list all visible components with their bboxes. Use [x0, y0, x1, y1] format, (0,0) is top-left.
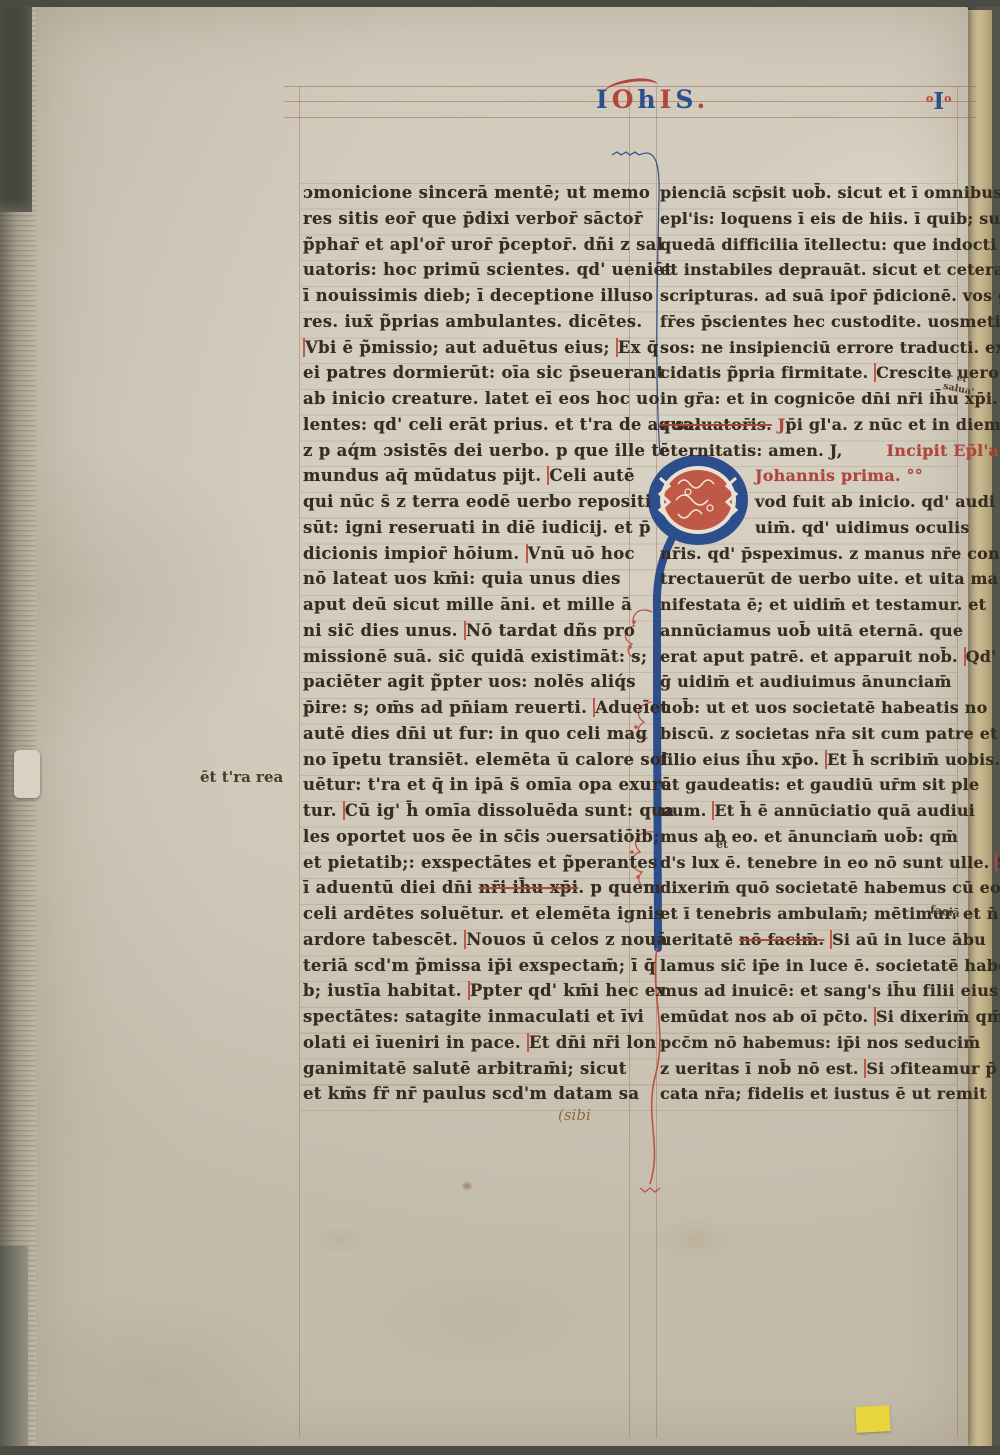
body-text: ē p̃missio; aut aduētus eius;: [337, 338, 616, 357]
body-text: Si: [874, 1007, 894, 1026]
body-text: paciēter agit p̃pter uos: nolēs aliq́s: [303, 672, 636, 691]
body-text: b; iustīa habitat.: [303, 981, 468, 1000]
text-line: z ueritas ī nob̄ nō est. Si ɔfiteamur p̄: [660, 1056, 962, 1082]
body-text: Si: [864, 1059, 884, 1078]
margin-note-left: ēt t'ra rea: [200, 768, 283, 786]
body-text: num.: [660, 801, 712, 820]
body-text: pcc̄m nō habemus: ip̄i nos seducim̄: [660, 1033, 980, 1052]
body-text: eternitatis: amen. J,: [660, 441, 843, 460]
text-line: olati ei īueniri in pace. Et dn̄i nr̄i l…: [303, 1030, 633, 1056]
interlinear-correction: et: [716, 838, 728, 851]
catchword: (sibi: [558, 1106, 591, 1124]
body-text: annūciamus uob̄ uitā eternā. que: [660, 621, 963, 640]
text-line: erat aput patrē. et apparuit nob̄. Qd': [660, 644, 962, 670]
text-line: b; iustīa habitat. Ppter qd' km̄i hec ex: [303, 978, 633, 1004]
body-text: nō lateat uos km̄i: quia unus dies: [303, 569, 621, 588]
ruling-horizontal: [284, 117, 976, 118]
text-line: ardore tabescēt. Nouos ū celos z nouā: [303, 927, 633, 953]
binding-corner-top: [0, 0, 32, 212]
text-line: annūciamus uob̄ uitā eternā. que: [660, 618, 962, 644]
text-line: filio eius ih̄u xp̄o. Et h̄ scribim̄ uob…: [660, 747, 962, 773]
body-text: teriā scd'm p̃missa ip̄i exspectam̄; ī q…: [303, 956, 656, 975]
text-line: eternitatis: amen. J,Incipit Ep̄l'a: [660, 438, 962, 464]
text-line: cata nr̄a; fidelis et iustus ē ut remit: [660, 1081, 962, 1107]
body-text: Ex q̄: [616, 338, 659, 357]
body-text: Vbi: [303, 338, 337, 357]
text-column-right: pienciā scp̄sit uob̄. sicut et ī omnibus…: [660, 180, 962, 1107]
body-text: olati ei īueniri in pace.: [303, 1033, 527, 1052]
body-text: erat aput patrē. et apparuit nob̄.: [660, 647, 964, 666]
body-text: res. iux̄ p̃prias ambulantes. dicētes.: [303, 312, 642, 331]
text-line: dixerim̄ quō societatē habemus cū eo.: [660, 875, 962, 901]
text-line: ī nouissimis dieb; ī deceptione illuso: [303, 283, 633, 309]
text-line: ganimitatē salutē arbitram̄i; sicut: [303, 1056, 633, 1082]
text-line: ei patres dormierūt: oīa sic p̄seuerant: [303, 360, 633, 386]
body-text: pienciā scp̄sit uob̄. sicut et ī omnibus: [660, 183, 1000, 202]
text-line: et ī tenebris ambulam̄; mētimur. et n̄: [660, 901, 962, 927]
body-text: ardore tabescēt.: [303, 930, 464, 949]
body-text: ī nouissimis dieb; ī deceptione illuso: [303, 286, 653, 305]
text-line: fr̄es p̄scientes hec custodite. uosmetip…: [660, 309, 962, 335]
body-text: vod fuit ab inicio. qd' audi: [755, 492, 995, 511]
body-text: Qd': [964, 647, 997, 666]
body-text: tardat dñs pro: [493, 621, 636, 640]
text-line: z p aq́m ɔsistēs dei uerbo. p que ille t…: [303, 438, 633, 464]
title-letter: h: [637, 85, 659, 114]
body-text: ab inicio creature. latet eī eos hoc uo: [303, 389, 660, 408]
title-letter: I: [596, 85, 612, 114]
body-text: ut gaudeatis: et gaudiū ur̄m sit ple: [660, 775, 979, 794]
text-line: tur. Cū ig' h̄ omīa dissoluēda sunt: qua: [303, 798, 633, 824]
body-text: Celi autē: [547, 466, 634, 485]
body-text: Vnū: [526, 544, 566, 563]
text-line: emūdat nos ab oī pc̄to. Si dixerim̄ qm̄: [660, 1004, 962, 1030]
text-line: uob̄: ut et uos societatē habeatis no: [660, 695, 962, 721]
body-text: p̃phar̄ et apl'or̄ uror̄ p̄ceptor̄. dñi …: [303, 235, 663, 254]
text-line: ī aduentū diei dn̄i nr̄i ih̄u xp̄i. p qu…: [303, 875, 633, 901]
text-line: spectātes: satagite inmaculati et īvi: [303, 1004, 633, 1030]
body-text: quedā difficilia ītellectu: que indocti: [660, 235, 997, 254]
text-line: et km̄s fr̄ nr̄ paulus scd'm datam sa: [303, 1081, 633, 1107]
body-text: emūdat nos ab oī pc̄to.: [660, 1007, 874, 1026]
yellow-sticker-note: [855, 1405, 890, 1433]
photo-edge-bottom: [0, 1446, 1000, 1455]
text-line: cidatis p̃pria firmitate. Crescite uero: [660, 360, 962, 386]
body-text: mus ad inuicē: et sang's ih̄u filii eius: [660, 981, 998, 1000]
body-text: Crescite: [874, 363, 951, 382]
body-text: res sitis eor̄ que p̄dixi verbor̄ sāctor…: [303, 209, 643, 228]
photo-edge-top: [0, 0, 1000, 7]
text-line: paciēter agit p̃pter uos: nolēs aliq́s: [303, 669, 633, 695]
body-text: biscū. z societas nr̄a sit cum patre et: [660, 724, 998, 743]
body-text: dixerim̄ quō societatē habemus cū eo.: [660, 878, 1000, 897]
text-line: sos: ne insipienciū errore traducti. ex: [660, 335, 962, 361]
body-text: Ppter: [468, 981, 522, 1000]
manuscript-photo: { "header": { "title_letters": [["I","b"…: [0, 0, 1000, 1455]
body-text: nifestata ē; et uidim̄ et testamur. et: [660, 595, 986, 614]
text-line: mundus aq̄ mūdatus pijt. Celi autē: [303, 463, 633, 489]
body-text: aū in luce ābu: [850, 930, 986, 949]
body-text: trectauerūt de uerbo uite. et uita ma: [660, 569, 998, 588]
text-line: et pietatib;: exspectātes et p̃perantes: [303, 850, 633, 876]
body-text: ig' h̄ omīa dissoluēda sunt: qua: [371, 801, 675, 820]
rubric-text: Johannis prima. °°: [755, 466, 923, 485]
text-column-left: ɔmonicione sincerā mentē; ut memores sit…: [303, 180, 633, 1107]
title-letter: O: [612, 85, 638, 114]
body-text: fr̄es p̄scientes hec custodite. uosmetip…: [660, 312, 1000, 331]
text-line: dicionis impior̄ hōium. Vnū uō hoc: [303, 541, 633, 567]
body-text: Et: [527, 1033, 550, 1052]
body-text: celi ardētes soluētur. et elemēta ignis: [303, 904, 664, 923]
body-text: sūt: igni reseruati in diē iudicij. et p…: [303, 518, 651, 537]
text-line: lentes: qd' celi erāt prius. et t'ra de …: [303, 412, 633, 438]
body-text: ei patres dormierūt: oīa sic p̄seuerant: [303, 363, 664, 382]
binding-corner-bottom: [0, 1246, 28, 1455]
title-letter: .: [697, 85, 710, 114]
text-line: epl'is: loquens ī eis de hiis. ī quib; s…: [660, 206, 962, 232]
text-line: lamus sic̄ ip̄e in luce ē. societatē hab…: [660, 953, 962, 979]
body-text: Adueīet: [593, 698, 668, 717]
text-line: mus ad inuicē: et sang's ih̄u filii eius: [660, 978, 962, 1004]
body-text: uō hoc: [565, 544, 635, 563]
text-line: vod fuit ab inicio. qd' audi: [660, 489, 962, 515]
body-text: ueritatē: [660, 930, 739, 949]
text-line: ɔmonicione sincerā mentē; ut memo: [303, 180, 633, 206]
body-text: uētur: t'ra et q̄ in ipā s̄ omīa opa exu…: [303, 775, 672, 794]
text-line: in gr̄a: et in cognicōe dn̄i nr̄i ih̄u x…: [660, 386, 962, 412]
body-text: Nouos: [464, 930, 526, 949]
body-text: dicionis impior̄ hōium.: [303, 544, 526, 563]
parchment-tab: [14, 750, 40, 798]
text-line: uatoris: hoc primū scientes. qd' ueniēt: [303, 257, 633, 283]
body-text: ganimitatē salutē arbitram̄i; sicut: [303, 1059, 627, 1078]
title-letter: o: [944, 92, 951, 105]
page-edge-lines: [0, 0, 36, 1455]
text-line: qui nūc s̄ z terra eodē uerbo repositi: [303, 489, 633, 515]
body-text: Nō: [464, 621, 493, 640]
body-text: mundus aq̄ mūdatus pijt.: [303, 466, 547, 485]
text-line: res. iux̄ p̃prias ambulantes. dicētes.: [303, 309, 633, 335]
body-text: z ueritas ī nob̄ nō est.: [660, 1059, 864, 1078]
text-line: no īpetu transiēt. elemēta ū calore sol: [303, 747, 633, 773]
body-text: spectātes: satagite inmaculati et īvi: [303, 1007, 644, 1026]
text-line: biscū. z societas nr̄a sit cum patre et: [660, 721, 962, 747]
body-text: ni sic̄ dies unus.: [303, 621, 464, 640]
body-text: missionē suā. sic̄ quidā existimāt: s;: [303, 647, 647, 666]
body-text: dn̄i nr̄i lon: [550, 1033, 657, 1052]
text-line: ut gaudeatis: et gaudiū ur̄m sit ple: [660, 772, 962, 798]
body-text: h̄ ē annūciatio quā audiui: [734, 801, 975, 820]
body-text: nr̄is. qd' p̄speximus. z manus nr̄e con: [660, 544, 1000, 563]
body-text: no īpetu transiēt. elemēta ū calore sol: [303, 750, 668, 769]
text-line: pcc̄m nō habemus: ip̄i nos seducim̄: [660, 1030, 962, 1056]
body-text: et instabiles deprauāt. sicut et ceteras: [660, 260, 1000, 279]
text-line: z saluator̄is. Jp̄i gl'a. z nūc et in di…: [660, 412, 962, 438]
title-letter: I: [933, 88, 944, 115]
text-line: celi ardētes soluētur. et elemēta ignis: [303, 901, 633, 927]
text-line: les oportet uos ēe in sc̄is ɔuersatiōib;: [303, 824, 633, 850]
text-line: nifestata ē; et uidim̄ et testamur. et: [660, 592, 962, 618]
text-line: nō lateat uos km̄i: quia unus dies: [303, 566, 633, 592]
text-line: res sitis eor̄ que p̄dixi verbor̄ sāctor…: [303, 206, 633, 232]
body-text: qd' km̄i hec ex: [522, 981, 666, 1000]
text-line: nr̄is. qd' p̄speximus. z manus nr̄e con: [660, 541, 962, 567]
title-letter: I: [660, 85, 676, 114]
text-line: teriā scd'm p̃missa ip̄i exspectam̄; ī q…: [303, 953, 633, 979]
body-text: p̄ire: s; om̄s ad pn̄iam reuerti.: [303, 698, 593, 717]
body-text: ī aduentū diei dn̄i: [303, 878, 479, 897]
body-text: lentes: qd' celi erāt prius. et t'ra de …: [303, 415, 700, 434]
body-text: ɔfiteamur p̄: [884, 1059, 996, 1078]
body-text: ū celos z nouā: [526, 930, 668, 949]
body-text: Cū: [343, 801, 371, 820]
body-text: nr̄i ih̄u xp̄i: [479, 878, 579, 897]
text-line: d's lux ē. tenebre in eo nō sunt ulle. S…: [660, 850, 962, 876]
text-line: uim̄. qd' uidimus oculis: [660, 515, 962, 541]
body-text: cidatis p̃pria firmitate.: [660, 363, 874, 382]
body-text: z p aq́m ɔsistēs dei uerbo. p que ille t…: [303, 441, 670, 460]
body-text: p̄i gl'a. z nūc et in diem: [785, 415, 1000, 434]
body-text: autē dies dn̄i ut fur: in quo celi mag: [303, 724, 647, 743]
running-title: IOhIS.: [596, 85, 709, 114]
body-text: Et: [712, 801, 734, 820]
body-text: uim̄. qd' uidimus oculis: [755, 518, 970, 537]
text-line: trectauerūt de uerbo uite. et uita ma: [660, 566, 962, 592]
text-line: sūt: igni reseruati in diē iudicij. et p…: [303, 515, 633, 541]
text-line: Johannis prima. °°: [660, 463, 962, 489]
body-text: lamus sic̄ ip̄e in luce ē. societatē hab…: [660, 956, 1000, 975]
text-line: ḡ uidim̄ et audiuimus ānunciam̄: [660, 669, 962, 695]
title-letter: S: [675, 85, 696, 114]
text-line: Vbi ē p̃missio; aut aduētus eius; Ex q̄: [303, 335, 633, 361]
body-text: scripturas. ad suā ipor̄ p̄dicionē. vos …: [660, 286, 1000, 305]
body-text: filio eius ih̄u xp̄o.: [660, 750, 825, 769]
body-text: dixerim̄ qm̄: [894, 1007, 1000, 1026]
body-text: Si: [830, 930, 850, 949]
body-text: aput deū sicut mille āni. et mille ā: [303, 595, 632, 614]
text-line: aput deū sicut mille āni. et mille ā: [303, 592, 633, 618]
text-line: p̃phar̄ et apl'or̄ uror̄ p̄ceptor̄. dñi …: [303, 232, 633, 258]
body-text: d's lux ē. tenebre in eo nō sunt ulle.: [660, 853, 995, 872]
text-line: scripturas. ad suā ipor̄ p̄dicionē. vos …: [660, 283, 962, 309]
text-line: pienciā scp̄sit uob̄. sicut et ī omnibus: [660, 180, 962, 206]
body-text: et pietatib;: exspectātes et p̃perantes: [303, 853, 658, 872]
body-text: h̄ scribim̄ uobis.: [847, 750, 1000, 769]
rubric-text: Incipit Ep̄l'a: [887, 441, 1000, 460]
body-text: cata nr̄a; fidelis et iustus ē ut remit: [660, 1084, 987, 1103]
text-line: quedā difficilia ītellectu: que indocti: [660, 232, 962, 258]
body-text: . p quem: [578, 878, 661, 897]
text-line: p̄ire: s; om̄s ad pn̄iam reuerti. Adueīe…: [303, 695, 633, 721]
text-line: et instabiles deprauāt. sicut et ceteras: [660, 257, 962, 283]
text-line: ab inicio creature. latet eī eos hoc uo: [303, 386, 633, 412]
body-text: les oportet uos ēe in sc̄is ɔuersatiōib;: [303, 827, 660, 846]
body-text: ḡ uidim̄ et audiuimus ānunciam̄: [660, 672, 952, 691]
text-line: missionē suā. sic̄ quidā existimāt: s;: [303, 644, 633, 670]
body-text: epl'is: loquens ī eis de hiis. ī quib; s…: [660, 209, 1000, 228]
body-text: sos: ne insipienciū errore traducti. ex: [660, 338, 1000, 357]
body-text: qui nūc s̄ z terra eodē uerbo repositi: [303, 492, 651, 511]
body-text: uob̄: ut et uos societatē habeatis no: [660, 698, 987, 717]
body-text: tur.: [303, 801, 343, 820]
body-text: Et: [825, 750, 847, 769]
folio-number: oIo: [926, 88, 951, 115]
body-text: uatoris: hoc primū scientes. qd' ueniēt: [303, 260, 672, 279]
body-text: z saluator̄is.: [660, 415, 772, 434]
body-text: ɔmonicione sincerā mentē; ut memo: [303, 183, 650, 202]
text-line: ueritatē nō facim̄. Si aū in luce ābu: [660, 927, 962, 953]
body-text: et km̄s fr̄ nr̄ paulus scd'm datam sa: [303, 1084, 639, 1103]
text-line: num. Et h̄ ē annūciatio quā audiui: [660, 798, 962, 824]
body-text: Si: [995, 853, 1000, 872]
text-line: uētur: t'ra et q̄ in ipā s̄ omīa opa exu…: [303, 772, 633, 798]
text-line: autē dies dn̄i ut fur: in quo celi mag: [303, 721, 633, 747]
text-line: mus ab eo. et ānunciam̄ uob̄: qm̄: [660, 824, 962, 850]
body-text: mus ab eo. et ānunciam̄ uob̄: qm̄: [660, 827, 958, 846]
body-text: nō facim̄.: [739, 930, 824, 949]
text-line: ni sic̄ dies unus. Nō tardat dñs pro: [303, 618, 633, 644]
